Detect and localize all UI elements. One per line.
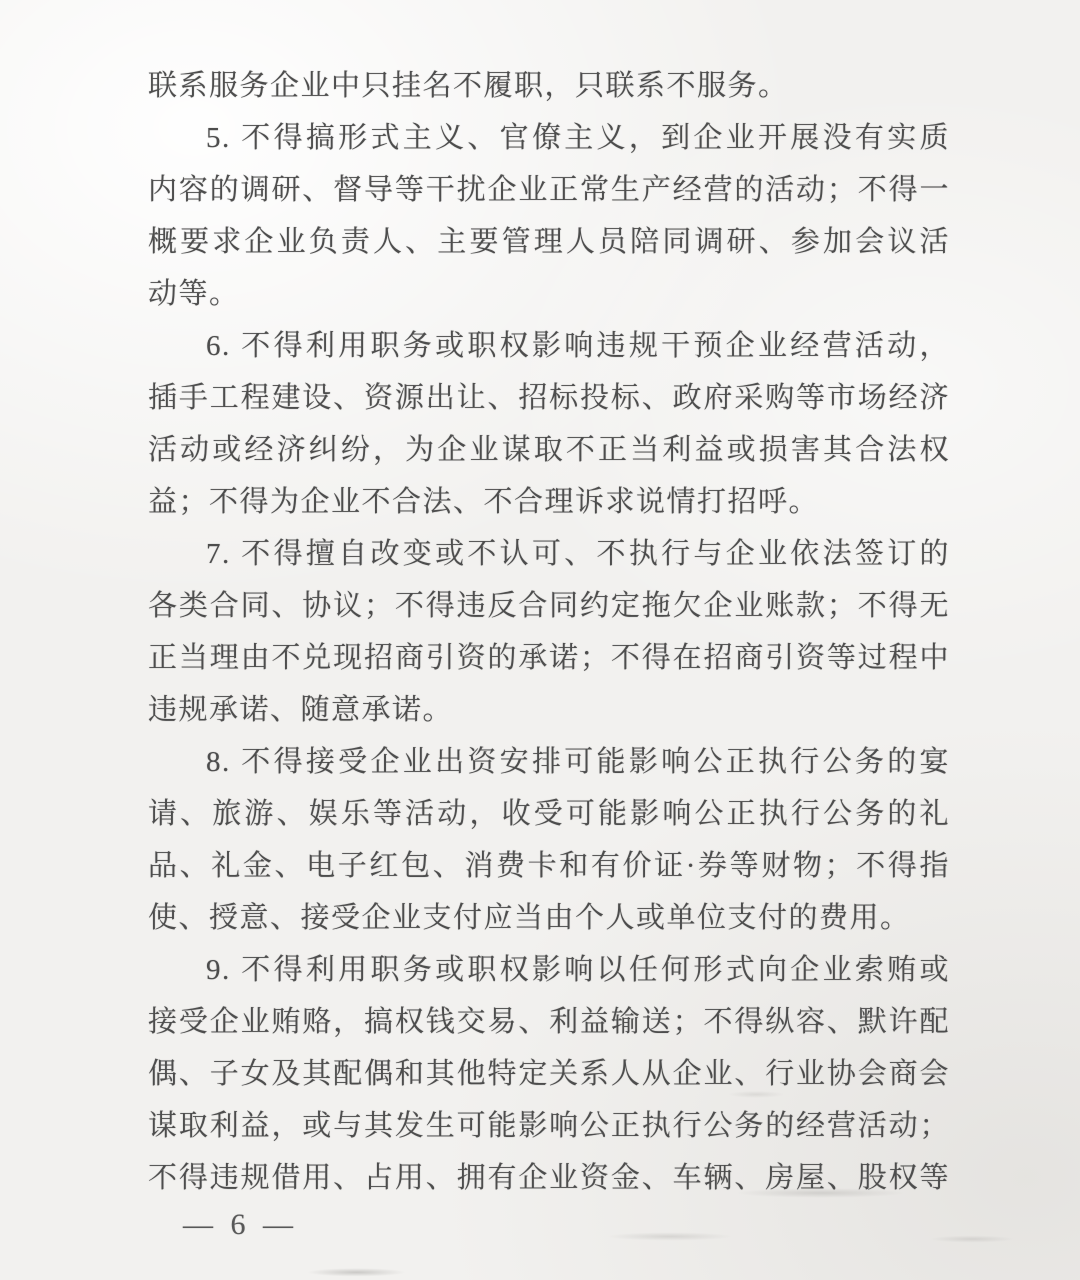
page-number: — 6 —	[183, 1202, 298, 1248]
text-line: 活动或经济纠纷，为企业谋取不正当利益或损害其合法权	[148, 424, 950, 476]
text-line: 违规承诺、随意承诺。	[148, 684, 950, 736]
text-line: 品、礼金、电子红包、消费卡和有价证·券等财物；不得指	[148, 840, 950, 892]
text-line: 9. 不得利用职务或职权影响以任何形式向企业索贿或	[148, 944, 950, 996]
document-body: 联系服务企业中只挂名不履职，只联系不服务。5. 不得搞形式主义、官僚主义，到企业…	[148, 60, 950, 1204]
text-line: 使、授意、接受企业支付应当由个人或单位支付的费用。	[148, 892, 950, 944]
text-line: 请、旅游、娱乐等活动，收受可能影响公正执行公务的礼	[148, 788, 950, 840]
text-line: 7. 不得擅自改变或不认可、不执行与企业依法签订的	[148, 528, 950, 580]
text-line: 联系服务企业中只挂名不履职，只联系不服务。	[148, 60, 950, 112]
text-line: 6. 不得利用职务或职权影响违规干预企业经营活动，	[148, 320, 950, 372]
text-line: 偶、子女及其配偶和其他特定关系人从企业、行业协会商会	[148, 1048, 950, 1100]
text-line: 不得违规借用、占用、拥有企业资金、车辆、房屋、股权等	[148, 1152, 950, 1204]
text-line: 内容的调研、督导等干扰企业正常生产经营的活动；不得一	[148, 164, 950, 216]
text-line: 动等。	[148, 268, 950, 320]
scanned-page: { "page": { "paper_color": "#f2f1ef", "t…	[0, 0, 1080, 1280]
text-line: 概要求企业负责人、主要管理人员陪同调研、参加会议活	[148, 216, 950, 268]
text-line: 5. 不得搞形式主义、官僚主义，到企业开展没有实质	[148, 112, 950, 164]
text-line: 谋取利益，或与其发生可能影响公正执行公务的经营活动；	[148, 1100, 950, 1152]
text-line: 插手工程建设、资源出让、招标投标、政府采购等市场经济	[148, 372, 950, 424]
text-line: 各类合同、协议；不得违反合同约定拖欠企业账款；不得无	[148, 580, 950, 632]
text-line: 正当理由不兑现招商引资的承诺；不得在招商引资等过程中	[148, 632, 950, 684]
text-line: 8. 不得接受企业出资安排可能影响公正执行公务的宴	[148, 736, 950, 788]
text-line: 益；不得为企业不合法、不合理诉求说情打招呼。	[148, 476, 950, 528]
text-line: 接受企业贿赂，搞权钱交易、利益输送；不得纵容、默许配	[148, 996, 950, 1048]
